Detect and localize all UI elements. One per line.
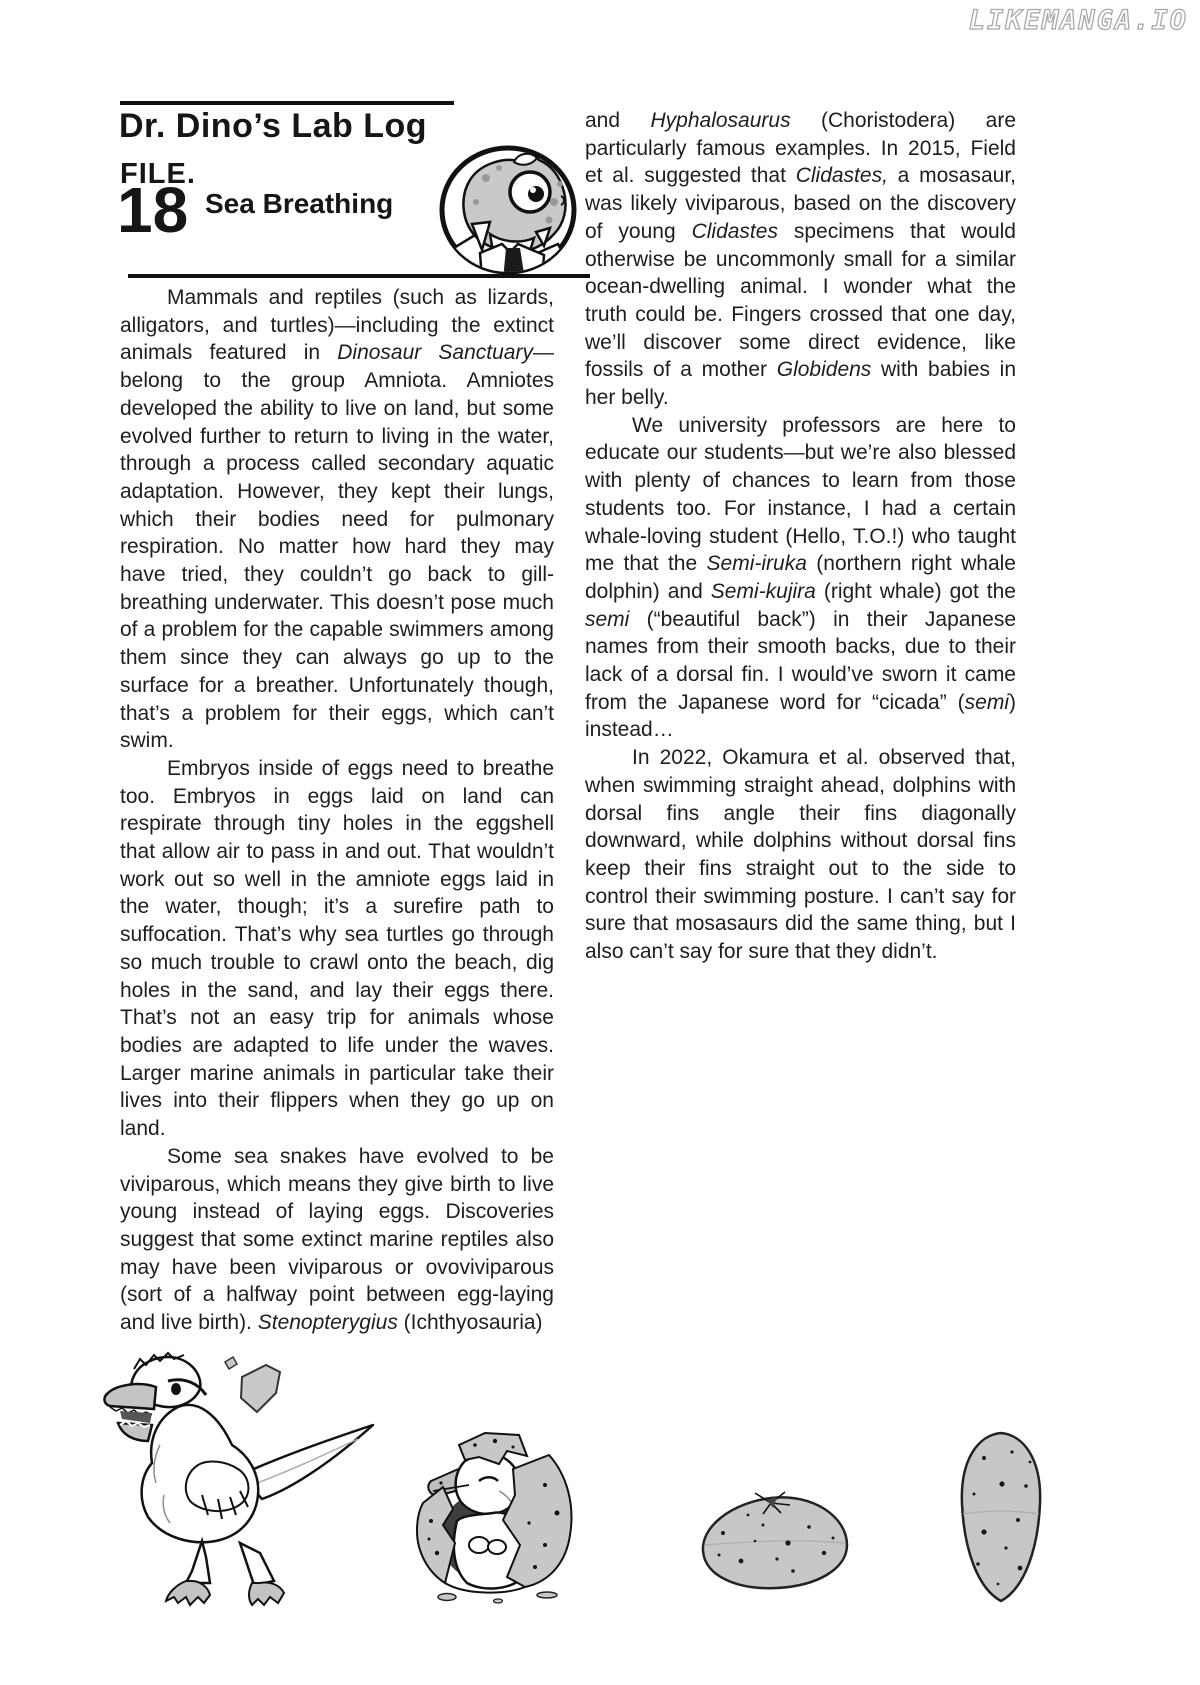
header-bottom-rule: [128, 274, 590, 278]
file-number: 18: [117, 180, 188, 241]
paragraph: We university professors are here to edu…: [585, 412, 1016, 744]
header-top-rule: [120, 101, 454, 105]
dino-professor-mascot-icon: [432, 140, 580, 278]
paragraph: and Hyphalosaurus (Choristodera) are par…: [585, 107, 1016, 412]
speckled-egg-upright-illustration: [950, 1428, 1052, 1608]
paragraph: In 2022, Okamura et al. observed that, w…: [585, 744, 1016, 966]
paragraph: Some sea snakes have evolved to be vivip…: [120, 1143, 554, 1337]
left-text-column: Mammals and reptiles (such as lizards, a…: [120, 284, 554, 1337]
paragraph: Embryos inside of eggs need to breathe t…: [120, 755, 554, 1143]
speckled-egg-on-side-illustration: [693, 1483, 855, 1598]
baby-dinosaur-illustration: [90, 1345, 380, 1610]
site-watermark: LIKEMANGA.IO: [969, 5, 1188, 36]
hatching-egg-illustration: [395, 1425, 590, 1605]
paragraph: Mammals and reptiles (such as lizards, a…: [120, 284, 554, 755]
manga-lab-log-page: LIKEMANGA.IO Dr. Dino’s Lab Log FILE. 18…: [0, 0, 1200, 1685]
page-title: Dr. Dino’s Lab Log: [119, 107, 427, 146]
episode-title: Sea Breathing: [205, 188, 393, 220]
right-text-column: and Hyphalosaurus (Choristodera) are par…: [585, 107, 1016, 966]
